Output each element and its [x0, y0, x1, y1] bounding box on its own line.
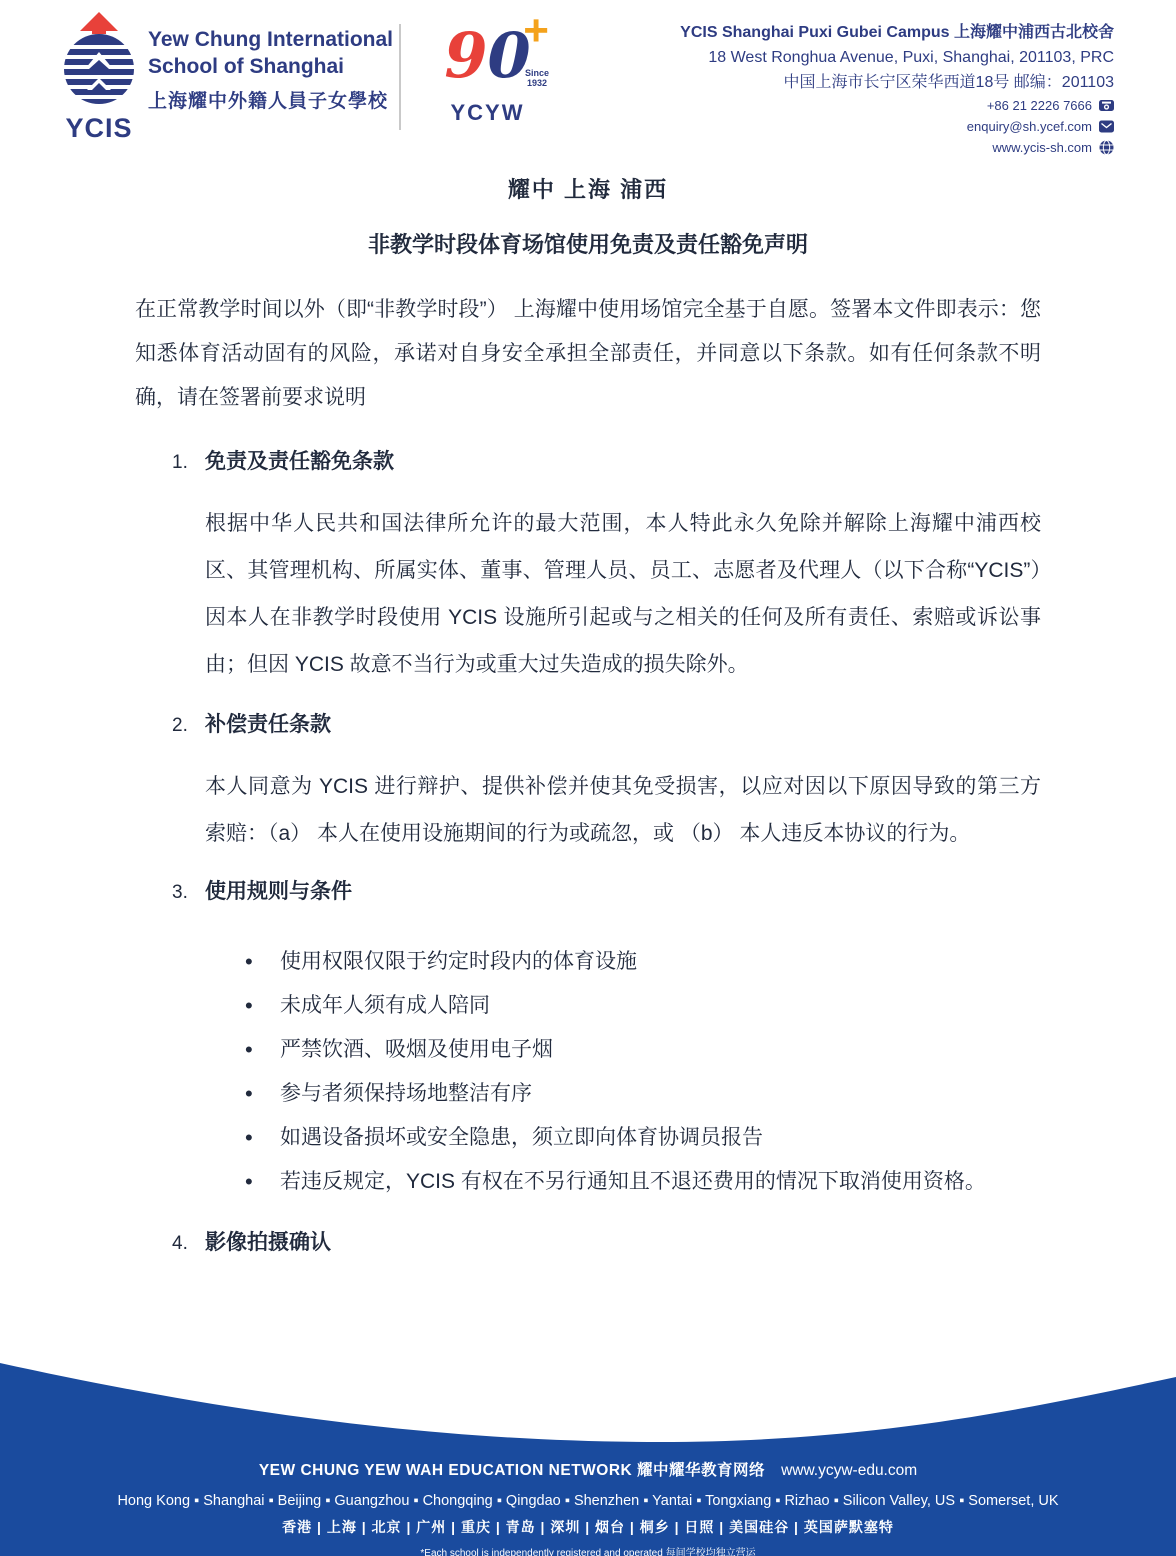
ycyw-plus-icon: + — [523, 6, 549, 56]
school-name-zh: 上海耀中外籍人員子女學校 — [148, 86, 393, 113]
section-2-number: 2. — [172, 715, 205, 737]
logo-divider — [399, 24, 401, 130]
section-2-indemnity-clause: 2. 补偿责任条款 本人同意为 YCIS 进行辩护、提供补偿并使其免受损害，以应… — [135, 708, 1041, 857]
cities-en-line: Hong Kong ▪ Shanghai ▪ Beijing ▪ Guangzh… — [0, 1493, 1176, 1509]
campus-info-block: YCIS Shanghai Puxi Gubei Campus 上海耀中浦西古北… — [680, 20, 1114, 158]
usage-rule-item: 未成年人须有成人陪同 — [280, 984, 1021, 1028]
campus-website: www.ycis-sh.com — [992, 137, 1092, 158]
section-3-usage-rules: 3. 使用规则与条件 使用权限仅限于约定时段内的体育设施 未成年人须有成人陪同 … — [135, 875, 1041, 1204]
campus-address-en: 18 West Ronghua Avenue, Puxi, Shanghai, … — [680, 45, 1114, 70]
campus-phone-line: +86 21 2226 7666 — [680, 95, 1114, 116]
ycyw-90plus-logo: 90 + Since 1932 YCYW — [420, 8, 555, 126]
campus-website-line: www.ycis-sh.com — [680, 137, 1114, 158]
usage-rules-list: 使用权限仅限于约定时段内的体育设施 未成年人须有成人陪同 严禁饮酒、吸烟及使用电… — [135, 940, 1041, 1204]
ycyw-since-1932: Since 1932 — [525, 68, 549, 88]
usage-rule-item: 使用权限仅限于约定时段内的体育设施 — [280, 940, 1021, 984]
section-4-heading-row: 4. 影像拍摄确认 — [135, 1226, 1041, 1256]
campus-address-zh: 中国上海市长宁区荣华西道18号 邮编：201103 — [680, 70, 1114, 95]
ycis-logo-abbr: YCIS — [55, 113, 143, 144]
section-3-number: 3. — [172, 882, 205, 904]
campus-phone: +86 21 2226 7666 — [987, 95, 1092, 116]
usage-rule-item: 若违反规定，YCIS 有权在不另行通知且不退还费用的情况下取消使用资格。 — [280, 1160, 1021, 1204]
section-2-paragraph: 本人同意为 YCIS 进行辩护、提供补偿并使其免受损害，以应对因以下原因导致的第… — [205, 763, 1041, 857]
network-name-line: YEW CHUNG YEW WAH EDUCATION NETWORK 耀中耀华… — [0, 1458, 1176, 1480]
section-1-release-clause: 1. 免责及责任豁免条款 根据中华人民共和国法律所允许的最大范围，本人特此永久免… — [135, 445, 1041, 688]
section-1-number: 1. — [172, 452, 205, 474]
letterhead-header: YCIS Yew Chung International School of S… — [0, 0, 1176, 160]
campus-email: enquiry@sh.ycef.com — [967, 116, 1092, 137]
network-website: www.ycyw-edu.com — [781, 1462, 917, 1479]
section-3-heading-row: 3. 使用规则与条件 — [135, 875, 1041, 905]
section-2-heading-row: 2. 补偿责任条款 — [135, 708, 1041, 738]
usage-rule-item: 严禁饮酒、吸烟及使用电子烟 — [280, 1028, 1021, 1072]
section-1-heading: 免责及责任豁免条款 — [205, 445, 394, 475]
campus-name: YCIS Shanghai Puxi Gubei Campus 上海耀中浦西古北… — [680, 20, 1114, 45]
section-2-heading: 补偿责任条款 — [205, 708, 331, 738]
section-3-heading: 使用规则与条件 — [205, 875, 352, 905]
document-body: 耀中 上海 浦西 非教学时段体育场馆使用免责及责任豁免声明 在正常教学时间以外（… — [0, 175, 1176, 1256]
ycis-logo: YCIS — [55, 12, 143, 144]
school-name-en-line1: Yew Chung International — [148, 26, 393, 53]
footer-disclaimer: *Each school is independently registered… — [0, 1544, 1176, 1556]
intro-paragraph: 在正常教学时间以外（即“非教学时段”） 上海耀中使用场馆完全基于自愿。签署本文件… — [135, 288, 1041, 420]
ycyw-digit-9: 9 — [444, 19, 487, 92]
document-subtitle: 非教学时段体育场馆使用免责及责任豁免声明 — [135, 230, 1041, 260]
section-1-heading-row: 1. 免责及责任豁免条款 — [135, 445, 1041, 475]
usage-rule-item: 如遇设备损坏或安全隐患，须立即向体育协调员报告 — [280, 1116, 1021, 1160]
cities-zh-line: 香港 | 上海 | 北京 | 广州 | 重庆 | 青岛 | 深圳 | 烟台 | … — [0, 1517, 1176, 1537]
letterhead-footer: YEW CHUNG YEW WAH EDUCATION NETWORK 耀中耀华… — [0, 1330, 1176, 1556]
letterhead-document-page: YCIS Yew Chung International School of S… — [0, 0, 1176, 1556]
footer-text-block: YEW CHUNG YEW WAH EDUCATION NETWORK 耀中耀华… — [0, 1458, 1176, 1556]
document-title: 耀中 上海 浦西 — [135, 175, 1041, 205]
phone-icon — [1099, 98, 1114, 113]
globe-icon — [1099, 140, 1114, 155]
ycyw-90plus-mark: 90 + Since 1932 — [420, 8, 555, 104]
campus-email-line: enquiry@sh.ycef.com — [680, 116, 1114, 137]
network-name: YEW CHUNG YEW WAH EDUCATION NETWORK 耀中耀华… — [259, 1462, 765, 1479]
usage-rule-item: 参与者须保持场地整洁有序 — [280, 1072, 1021, 1116]
section-4-media-confirmation: 4. 影像拍摄确认 — [135, 1226, 1041, 1256]
section-4-heading: 影像拍摄确认 — [205, 1226, 331, 1256]
school-name-block: Yew Chung International School of Shangh… — [148, 26, 393, 113]
section-4-number: 4. — [172, 1233, 205, 1255]
mail-icon — [1099, 119, 1114, 134]
ycis-globe-icon — [59, 93, 139, 110]
school-name-en-line2: School of Shanghai — [148, 53, 393, 80]
section-1-paragraph: 根据中华人民共和国法律所允许的最大范围，本人特此永久免除并解除上海耀中浦西校区、… — [205, 500, 1041, 688]
